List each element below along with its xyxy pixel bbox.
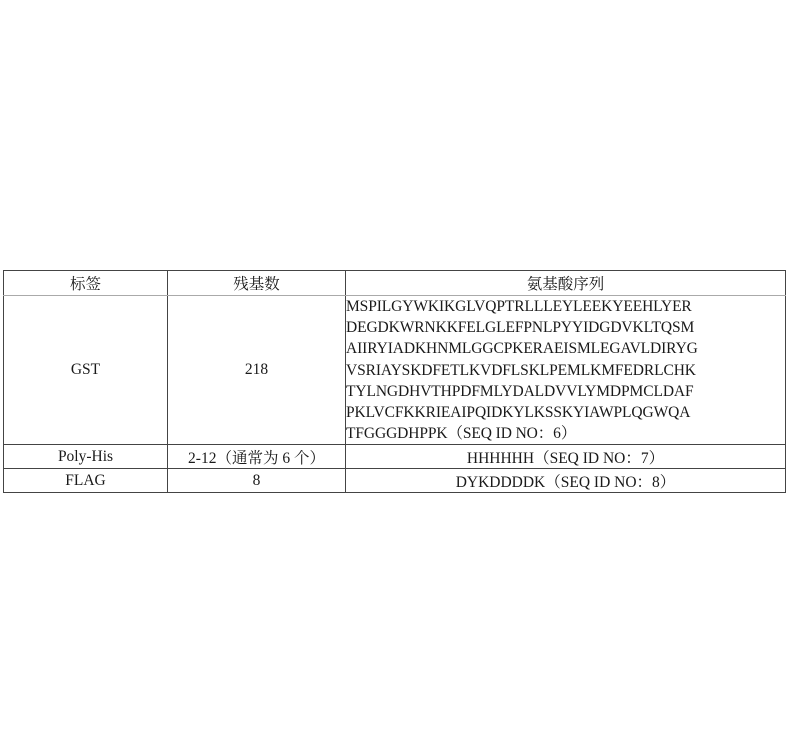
cell-residues: 218 bbox=[168, 296, 346, 445]
sequence-line: MSPILGYWKIKGLVQPTRLLLEYLEEKYEEHLYER bbox=[346, 296, 785, 317]
cell-residues: 8 bbox=[168, 469, 346, 493]
header-tag: 标签 bbox=[4, 271, 168, 296]
cell-tag: GST bbox=[4, 296, 168, 445]
table-row: GST 218 MSPILGYWKIKGLVQPTRLLLEYLEEKYEEHL… bbox=[4, 296, 786, 445]
table-row: FLAG 8 DYKDDDDK（SEQ ID NO：8） bbox=[4, 469, 786, 493]
tag-table: 标签 残基数 氨基酸序列 GST 218 MSPILGYWKIKGLVQPTRL… bbox=[3, 270, 786, 493]
table-row: Poly-His 2-12（通常为 6 个） HHHHHH（SEQ ID NO：… bbox=[4, 445, 786, 469]
cell-sequence: DYKDDDDK（SEQ ID NO：8） bbox=[346, 469, 786, 493]
sequence-line: PKLVCFKKRIEAIPQIDKYLKSSKYIAWPLQGWQA bbox=[346, 402, 785, 423]
header-sequence: 氨基酸序列 bbox=[346, 271, 786, 296]
table-header-row: 标签 残基数 氨基酸序列 bbox=[4, 271, 786, 296]
cell-tag: Poly-His bbox=[4, 445, 168, 469]
cell-sequence: HHHHHH（SEQ ID NO：7） bbox=[346, 445, 786, 469]
sequence-line: DEGDKWRNKKFELGLEFPNLPYYIDGDVKLTQSM bbox=[346, 317, 785, 338]
cell-sequence: MSPILGYWKIKGLVQPTRLLLEYLEEKYEEHLYER DEGD… bbox=[346, 296, 786, 445]
header-residues: 残基数 bbox=[168, 271, 346, 296]
sequence-line: VSRIAYSKDFETLKVDFLSKLPEMLKMFEDRLCHK bbox=[346, 360, 785, 381]
sequence-line: TFGGGDHPPK（SEQ ID NO：6） bbox=[346, 423, 785, 444]
sequence-line: TYLNGDHVTHPDFMLYDALDVVLYMDPMCLDAF bbox=[346, 381, 785, 402]
cell-residues: 2-12（通常为 6 个） bbox=[168, 445, 346, 469]
cell-tag: FLAG bbox=[4, 469, 168, 493]
sequence-line: AIIRYIADKHNMLGGCPKERAEISMLEGAVLDIRYG bbox=[346, 338, 785, 359]
